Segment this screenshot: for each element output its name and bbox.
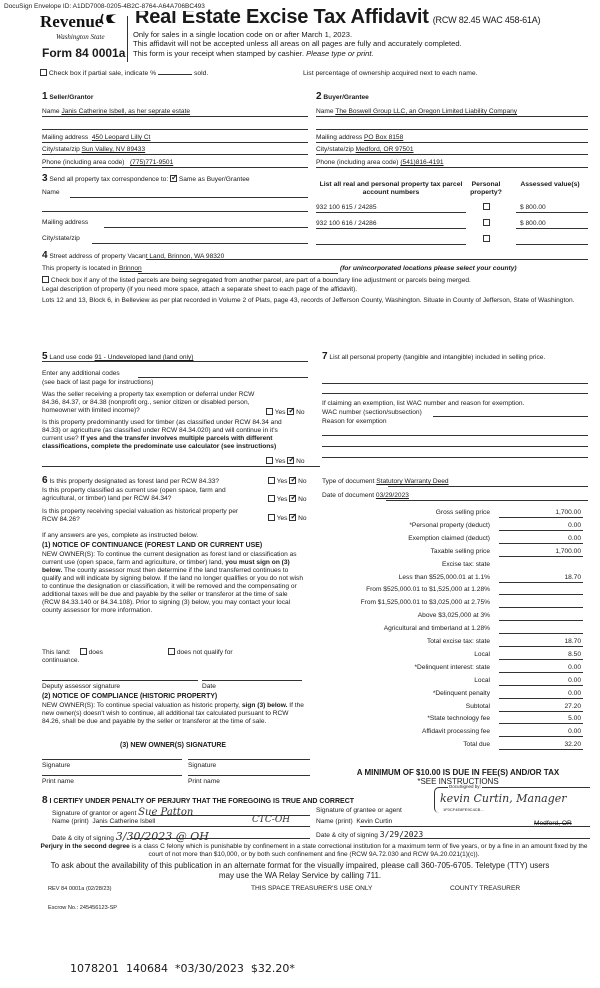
print-name-label-1: Print name: [42, 778, 74, 786]
accessibility-notice: To ask about the availability of this pu…: [50, 861, 550, 881]
tax-label: Local: [474, 677, 490, 685]
tax-row: From $1,525,000.01 to $3,025,000 at 2.75…: [320, 599, 590, 610]
tax-value[interactable]: 1,700.00: [499, 548, 583, 557]
note-1: Only for sales in a single location code…: [133, 30, 462, 39]
deputy-date-label: Date: [202, 683, 216, 691]
reason-input[interactable]: [322, 435, 588, 436]
tax-value[interactable]: [499, 612, 583, 621]
tax-label: Subtotal: [466, 703, 490, 711]
tax-value[interactable]: 27.20: [499, 703, 583, 712]
note-3: This form is your receipt when stamped b…: [133, 49, 462, 58]
tax-label: Total due: [463, 741, 490, 749]
parcel-header: List all real and personal property tax …: [316, 181, 466, 197]
revenue-logo-icon: [100, 12, 118, 26]
land-use-q2-answer[interactable]: Yes No: [266, 457, 305, 466]
grantee-signature-id: 1F0CF4E8FE9C4CB...: [443, 808, 484, 813]
header-notes: Only for sales in a single location code…: [133, 30, 462, 58]
located-field[interactable]: This property is located in Brinnon: [42, 265, 142, 273]
tax-label: *State technology fee: [427, 715, 490, 723]
buyer-mailing-field[interactable]: Mailing address PO Box 8158: [316, 134, 403, 142]
correspondence-mailing-label: Mailing address: [42, 219, 88, 227]
street-field[interactable]: 4 Street address of property Vacant Land…: [42, 250, 224, 262]
header-divider: [127, 16, 128, 62]
tax-label: Gross selling price: [436, 509, 490, 517]
revenue-logo: Revenue: [40, 12, 102, 32]
tax-value[interactable]: 0.00: [499, 664, 583, 673]
does-checkbox[interactable]: [80, 648, 87, 655]
tax-value[interactable]: 32.20: [499, 741, 583, 750]
tax-value[interactable]: 18.70: [499, 574, 583, 583]
tax-row: *Delinquent penalty 0.00: [320, 690, 590, 701]
land-use-q2: Is this property predominantly used for …: [42, 419, 292, 451]
correspondence-mailing-input[interactable]: [104, 227, 308, 228]
certify-statement: 8 I CERTIFY UNDER PENALTY OF PERJURY THA…: [42, 795, 354, 807]
if-yes-note: If any answers are yes, complete as inst…: [42, 532, 198, 540]
forest-answer[interactable]: Yes No: [268, 477, 307, 486]
tax-label: From $1,525,000.01 to $3,025,000 at 2.75…: [361, 599, 490, 607]
ownership-note: List percentage of ownership acquired ne…: [303, 70, 478, 78]
does-not-row: does not qualify for: [168, 648, 233, 657]
docusign-envelope-id: DocuSign Envelope ID: A1DD7008-0205-4B2C…: [4, 3, 207, 11]
parcel-number[interactable]: 932 100 615 / 24285: [316, 204, 377, 212]
owner-signature-1[interactable]: [42, 759, 182, 760]
tax-value[interactable]: 8.50: [499, 651, 583, 660]
tax-label: Local: [474, 651, 490, 659]
tax-value[interactable]: [499, 599, 583, 608]
print-name-label-2: Print name: [188, 778, 220, 786]
additional-codes-note: (see back of last page for instructions): [42, 379, 153, 387]
tax-row: Exemption claimed (deduct) 0.00: [320, 535, 590, 546]
tax-row: Local 0.00: [320, 677, 590, 688]
segregated-checkbox[interactable]: [42, 276, 49, 283]
title-rcw: (RCW 82.45 WAC 458-61A): [433, 15, 541, 25]
signature-label-2: Signature: [188, 762, 216, 770]
q1-yes-checkbox: [266, 408, 273, 415]
doc-type-field[interactable]: Type of document Statutory Warranty Deed: [322, 478, 449, 486]
doc-date-field[interactable]: Date of document 03/29/2023: [322, 492, 409, 500]
parcel-number[interactable]: 932 100 616 / 24286: [316, 220, 377, 228]
tax-label: Above $3,025,000 at 3%: [418, 612, 490, 620]
tax-value[interactable]: 0.00: [499, 728, 583, 737]
tax-value[interactable]: 0.00: [499, 535, 583, 544]
partial-sale-checkbox[interactable]: [40, 69, 47, 76]
notice-continuance-title: (1) NOTICE OF CONTINUANCE (FOREST LAND O…: [42, 542, 262, 550]
q2-no-checkbox: [287, 457, 294, 464]
exemption-label: If claiming an exemption, list WAC numbe…: [322, 400, 524, 408]
tax-value[interactable]: 5.00: [499, 715, 583, 724]
correspondence-name-label: Name: [42, 189, 60, 197]
grantor-date-field[interactable]: Date & city of signing 3/30/2023 @ OH: [52, 830, 209, 843]
current-use-question: Is this property classified as current u…: [42, 487, 252, 503]
seller-name-field[interactable]: Name Janis Catherine Isbell, as her sepr…: [42, 108, 308, 116]
signature-label-1: Signature: [42, 762, 70, 770]
additional-codes-label: Enter any additional codes: [42, 370, 120, 378]
personal-property-label: 7 List all personal property (tangible a…: [322, 351, 588, 363]
grantee-name-field[interactable]: Name (print) Kevin Curtin: [316, 818, 392, 826]
personal-property-checkbox[interactable]: [483, 203, 490, 210]
form-number: Form 84 0001a: [42, 46, 125, 60]
tax-label: *Personal property (deduct): [409, 522, 490, 530]
tax-value[interactable]: [499, 586, 583, 595]
q2-yes-checkbox: [266, 457, 273, 464]
continuance-word: continuance.: [42, 657, 79, 665]
tax-row: *Delinquent interest: state 0.00: [320, 664, 590, 675]
reason-label: Reason for exemption: [322, 418, 387, 426]
located-note: (for unincorporated locations please sel…: [340, 265, 517, 273]
tax-value[interactable]: 18.70: [499, 638, 583, 647]
docusigned-label: DocuSigned by:: [448, 784, 482, 789]
owner-signature-2[interactable]: [188, 759, 310, 760]
historic-answer[interactable]: Yes No: [268, 514, 307, 523]
tax-row: Taxable selling price 1,700.00: [320, 548, 590, 559]
historic-question: Is this property receiving special valua…: [42, 508, 242, 524]
deputy-date-input[interactable]: [202, 680, 302, 681]
tax-label: *Delinquent interest: state: [414, 664, 490, 672]
seller-heading: 1 Seller/Grantor: [42, 91, 93, 103]
grantor-extra: CTC-OH: [252, 815, 290, 826]
personal-property-input[interactable]: [322, 383, 588, 384]
current-use-answer[interactable]: Yes No: [268, 495, 307, 504]
land-use-q1-answer[interactable]: Yes No: [266, 408, 305, 417]
tax-row: Local 8.50: [320, 651, 590, 662]
tax-label: Less than $525,000.01 at 1.1%: [399, 574, 490, 582]
buyer-phone-field[interactable]: Phone (including area code) (541)816-419…: [316, 159, 444, 167]
buyer-city-field[interactable]: City/state/zip Medford, OR 97501: [316, 146, 414, 154]
notice-compliance-text: NEW OWNER(S): To continue special valuat…: [42, 702, 304, 726]
grantee-signature[interactable]: kevin Curtin, Manager: [440, 792, 567, 805]
does-not-checkbox[interactable]: [168, 648, 175, 655]
escrow-number: Escrow No.: 245456123-SP: [48, 905, 117, 912]
personal-property-checkbox[interactable]: [483, 219, 490, 226]
buyer-name-field[interactable]: Name The Boswell Group LLC, an Oregon Li…: [316, 108, 517, 116]
tax-label: *Delinquent penalty: [433, 690, 490, 698]
legal-label: Legal description of property (if you ne…: [42, 286, 357, 294]
tax-row: *Personal property (deduct) 0.00: [320, 522, 590, 533]
tax-row: From $525,000.01 to $1,525,000 at 1.28%: [320, 586, 590, 597]
tax-value[interactable]: [499, 625, 583, 634]
legal-description[interactable]: Lots 12 and 13, Block 6, in Belleview as…: [42, 297, 592, 305]
correspondence-heading: 3 Send all property tax correspondence t…: [42, 173, 250, 185]
seller-mailing-field[interactable]: Mailing address 450 Leopard Lilly Ct: [42, 134, 151, 142]
logo-subtext: Washington State: [56, 33, 105, 41]
tax-value[interactable]: 1,700.00: [499, 509, 583, 518]
deputy-signature-input[interactable]: [42, 680, 198, 681]
owner-signature-title: (3) NEW OWNER(S) SIGNATURE: [42, 742, 304, 750]
tax-label: Excise tax: state: [442, 561, 490, 569]
treasurer-use: THIS SPACE TREASURER'S USE ONLY: [251, 885, 372, 893]
assessed-value[interactable]: $ 800.00: [520, 204, 546, 212]
seller-phone-field[interactable]: Phone (including area code) (775)771-950…: [42, 159, 173, 167]
owner-print-2[interactable]: [188, 775, 310, 776]
tax-value[interactable]: 0.00: [499, 522, 583, 531]
deputy-label: Deputy assessor signature: [42, 683, 120, 691]
tax-label: Agricultural and timberland at 1.28%: [384, 625, 490, 633]
assessed-value[interactable]: $ 800.00: [520, 220, 546, 228]
cashier-stamp: 1078201 140684 *03/30/2023 $32.20*: [70, 962, 295, 975]
partial-sale-row: Check box if partial sale, indicate % so…: [40, 69, 208, 78]
correspondence-name-input[interactable]: [70, 197, 308, 198]
owner-print-1[interactable]: [42, 775, 182, 776]
forest-question: 6 Is this property designated as forest …: [42, 475, 219, 487]
tax-label: From $525,000.01 to $1,525,000 at 1.28%: [366, 586, 490, 594]
tax-row: Agricultural and timberland at 1.28%: [320, 625, 590, 636]
personal-property-checkbox[interactable]: [483, 235, 490, 242]
additional-codes-input[interactable]: [138, 377, 308, 378]
note-2: This affidavit will not be accepted unle…: [133, 39, 462, 48]
tax-row: Total excise tax: state 18.70: [320, 638, 590, 649]
land-use-q1: Was the seller receiving a property tax …: [42, 391, 262, 415]
wac-input[interactable]: [433, 416, 588, 417]
rev-number: REV 84 0001a (02/28/23): [48, 886, 111, 893]
wac-label: WAC number (section/subsection): [322, 409, 422, 417]
tax-label: Affidavit processing fee: [422, 728, 490, 736]
perjury-notice: Perjury in the second degree is a class …: [34, 843, 594, 859]
notice-compliance-title: (2) NOTICE OF COMPLIANCE (HISTORIC PROPE…: [42, 693, 217, 701]
tax-value[interactable]: 0.00: [499, 677, 583, 686]
tax-value[interactable]: 0.00: [499, 690, 583, 699]
correspondence-city-label: City/state/zip: [42, 235, 80, 243]
grantee-signature-label: Signature of grantee or agent: [316, 807, 402, 815]
grantor-name-field[interactable]: Name (print) Janis Catherine Isbell: [52, 818, 155, 826]
correspondence-city-input[interactable]: [92, 243, 308, 244]
q1-no-checkbox: [287, 408, 294, 415]
tax-row: Total due 32.20: [320, 741, 590, 752]
segregated-row: Check box if any of the listed parcels a…: [42, 276, 471, 285]
assessed-header: Assessed value(s): [520, 181, 580, 189]
tax-row: Excise tax: state: [320, 561, 590, 572]
county-treasurer: COUNTY TREASURER: [450, 885, 520, 893]
personal-header: Personal property?: [466, 181, 506, 197]
tax-label: Total excise tax: state: [427, 638, 490, 646]
same-as-buyer-checkbox[interactable]: [170, 175, 177, 182]
tax-label: Exemption claimed (deduct): [408, 535, 490, 543]
tax-row: Subtotal 27.20: [320, 703, 590, 714]
tax-row: Less than $525,000.01 at 1.1% 18.70: [320, 574, 590, 585]
notice-continuance-text: NEW OWNER(S): To continue the current de…: [42, 551, 304, 615]
tax-row: Gross selling price 1,700.00: [320, 509, 590, 520]
seller-city-field[interactable]: City/state/zip Sun Valley, NV 89433: [42, 146, 145, 154]
tax-row: Affidavit processing fee 0.00: [320, 728, 590, 739]
tax-label: Taxable selling price: [431, 548, 490, 556]
tax-row: *State technology fee 5.00: [320, 715, 590, 726]
tax-row: Above $3,025,000 at 3%: [320, 612, 590, 623]
this-land-row: This land: does: [42, 648, 103, 657]
partial-sale-percent[interactable]: [158, 74, 192, 75]
buyer-heading: 2 Buyer/Grantee: [316, 91, 369, 103]
